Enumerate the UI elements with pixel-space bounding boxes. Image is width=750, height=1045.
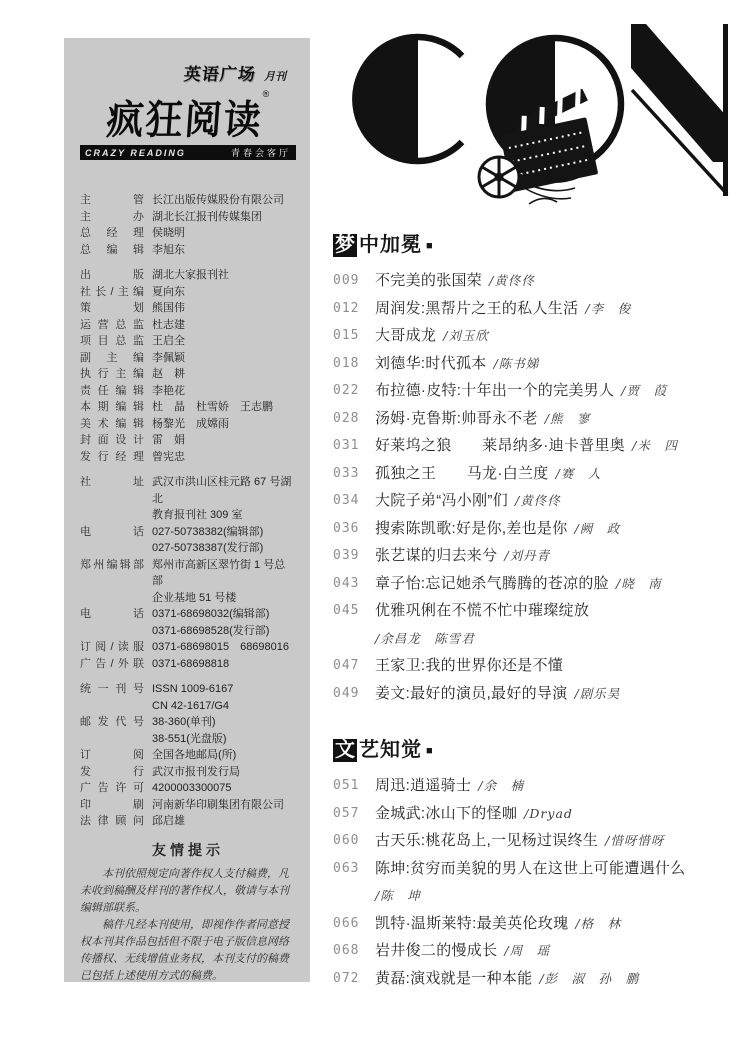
page-number: 009 xyxy=(333,267,375,295)
article-author: /余昌龙 陈雪君 xyxy=(375,631,475,646)
article-author: /李 俊 xyxy=(585,301,631,316)
article-entry: 072 黄磊:演戏就是一种本能/彭 淑 孙 鹏 xyxy=(333,965,733,993)
article-entry: 068 岩井俊二的慢成长/周 瑶 xyxy=(333,937,733,965)
masthead-row: 出版 湖北大家报刊社 xyxy=(80,267,296,284)
masthead-value: 赵 耕 xyxy=(152,366,296,383)
article-title-author: 不完美的张国荣/黄佟佟 xyxy=(375,267,733,295)
article-title-author: 优雅巩俐在不慌不忙中璀璨绽放/余昌龙 陈雪君 xyxy=(375,597,733,652)
masthead-row: 统一刊号 ISSN 1009-6167 CN 42-1617/G4 xyxy=(80,681,296,714)
article-entry: 043 章子怡:忘记她杀气腾腾的苍凉的脸/晓 南 xyxy=(333,570,733,598)
section-marker-icon: ■ xyxy=(426,745,433,757)
masthead-label: 邮发代号 xyxy=(80,714,144,747)
article-entry: 031 好莱坞之狼 莱昂纳多·迪卡普里奥/米 四 xyxy=(333,432,733,460)
section-title-boxed-char: 文 xyxy=(333,739,357,762)
article-entry: 051 周迅:逍遥骑士/余 楠 xyxy=(333,772,733,800)
article-entry: 009 不完美的张国荣/黄佟佟 xyxy=(333,267,733,295)
article-title-author: 凯特·温斯莱特:最美英伦玫瑰/格 林 xyxy=(375,910,733,938)
article-entry: 028 汤姆·克鲁斯:帅哥永不老/熊 寥 xyxy=(333,405,733,433)
masthead-row: 总经理 侯晓明 xyxy=(80,225,296,242)
article-list: 009 不完美的张国荣/黄佟佟 012 周润发:黑帮片之王的私人生活/李 俊 0… xyxy=(333,267,733,707)
masthead-value: 武汉市洪山区桂元路 67 号湖北 教育报刊社 309 室 xyxy=(152,474,296,524)
article-author: /刘玉欣 xyxy=(443,328,489,343)
article-author: /惜呀惜呀 xyxy=(605,833,664,848)
masthead-row: 邮发代号 38-360(单刊) 38-551(光盘版) xyxy=(80,714,296,747)
masthead-row: 执行主编 赵 耕 xyxy=(80,366,296,383)
masthead-value: 杜 晶 杜雪娇 王志鹏 xyxy=(152,399,296,416)
article-title-author: 布拉德·皮特:十年出一个的完美男人/贾 葭 xyxy=(375,377,733,405)
article-entry: 060 古天乐:桃花岛上,一见杨过误终生/惜呀惜呀 xyxy=(333,827,733,855)
page-number: 072 xyxy=(333,965,375,993)
page-number: 051 xyxy=(333,772,375,800)
masthead-label: 印刷 xyxy=(80,797,144,814)
article-author: /Dryad xyxy=(524,806,573,821)
masthead-row: 发行经理 曾宪忠 xyxy=(80,449,296,466)
masthead-label: 执行主编 xyxy=(80,366,144,383)
article-author: /陈 坤 xyxy=(375,888,421,903)
notice-paragraph: 本刊依照规定向著作权人支付稿费，凡未收到稿酬及样刊的著作权人，敬请与本刊编辑部联… xyxy=(80,865,296,916)
page-number: 060 xyxy=(333,827,375,855)
section-header: 文艺知觉■ xyxy=(333,733,733,762)
page-number: 034 xyxy=(333,487,375,515)
masthead-label: 发行经理 xyxy=(80,449,144,466)
masthead-label: 责任编辑 xyxy=(80,383,144,400)
masthead-row: 电话 0371-68698032(编辑部) 0371-68698528(发行部) xyxy=(80,606,296,639)
article-entry: 045 优雅巩俐在不慌不忙中璀璨绽放/余昌龙 陈雪君 xyxy=(333,597,733,652)
section-header: 梦中加冕■ xyxy=(333,228,733,257)
masthead-row: 广告/外联 0371-68698818 xyxy=(80,656,296,673)
masthead-row: 封面设计 雷 娟 xyxy=(80,432,296,449)
masthead-label: 电话 xyxy=(80,606,144,639)
masthead-label: 广告许可 xyxy=(80,780,144,797)
notice-block: 友情提示 本刊依照规定向著作权人支付稿费，凡未收到稿酬及样刊的著作权人，敬请与本… xyxy=(80,840,296,983)
page-number: 068 xyxy=(333,937,375,965)
contents-wordmark-art xyxy=(333,14,733,206)
masthead-row: 发行 武汉市报刊发行局 xyxy=(80,764,296,781)
masthead-value: 夏向东 xyxy=(152,284,296,301)
con-letters-graphic xyxy=(333,14,733,206)
article-author: /格 林 xyxy=(575,916,621,931)
masthead-sidebar: 英语广场 月刊 疯狂阅读® CRAZY READING 青春会客厅 主管 长江出… xyxy=(64,38,310,982)
edition-badge-row: 英语广场 月刊 xyxy=(80,60,296,85)
article-title-author: 黄磊:演戏就是一种本能/彭 淑 孙 鹏 xyxy=(375,965,733,993)
magazine-contents-page: 英语广场 月刊 疯狂阅读® CRAZY READING 青春会客厅 主管 长江出… xyxy=(0,0,750,1045)
masthead-label: 社址 xyxy=(80,474,144,524)
page-number: 012 xyxy=(333,295,375,323)
article-author: /熊 寥 xyxy=(545,411,591,426)
masthead-row: 广告许可 4200003300075 xyxy=(80,780,296,797)
masthead-row: 社长/主编 夏向东 xyxy=(80,284,296,301)
page-number: 043 xyxy=(333,570,375,598)
article-author: /黄佟佟 xyxy=(515,493,561,508)
page-number: 018 xyxy=(333,350,375,378)
section-title: 中加冕 xyxy=(359,234,422,256)
page-number: 039 xyxy=(333,542,375,570)
masthead-group: 出版 湖北大家报刊社 社长/主编 夏向东 策划 熊国伟 运营总监 杜志建 项目总… xyxy=(80,267,296,465)
article-author: /周 瑶 xyxy=(504,943,550,958)
logo-wordmark: 疯狂阅读 xyxy=(105,87,265,145)
masthead-value: 0371-68698015 68698016 xyxy=(152,639,296,656)
masthead-label: 本期编辑 xyxy=(80,399,144,416)
masthead-value: 李艳花 xyxy=(152,383,296,400)
article-author: /晓 南 xyxy=(616,576,662,591)
page-number: 022 xyxy=(333,377,375,405)
page-number: 066 xyxy=(333,910,375,938)
masthead-row: 策划 熊国伟 xyxy=(80,300,296,317)
article-entry: 033 孤独之王 马龙·白兰度/赛 人 xyxy=(333,460,733,488)
page-number: 049 xyxy=(333,680,375,708)
masthead-value: 长江出版传媒股份有限公司 xyxy=(152,192,296,209)
masthead-row: 项目总监 王启全 xyxy=(80,333,296,350)
masthead-label: 社长/主编 xyxy=(80,284,144,301)
article-author: /黄佟佟 xyxy=(489,273,535,288)
masthead-row: 电话 027-50738382(编辑部) 027-50738387(发行部) xyxy=(80,524,296,557)
article-title-author: 孤独之王 马龙·白兰度/赛 人 xyxy=(375,460,733,488)
masthead-label: 广告/外联 xyxy=(80,656,144,673)
article-entry: 066 凯特·温斯莱特:最美英伦玫瑰/格 林 xyxy=(333,910,733,938)
masthead-label: 运营总监 xyxy=(80,317,144,334)
masthead-row: 总编辑 李旭东 xyxy=(80,242,296,259)
article-title-author: 岩井俊二的慢成长/周 瑶 xyxy=(375,937,733,965)
notice-paragraphs: 本刊依照规定向著作权人支付稿费，凡未收到稿酬及样刊的著作权人，敬请与本刊编辑部联… xyxy=(80,865,296,983)
masthead-value: 027-50738382(编辑部) 027-50738387(发行部) xyxy=(152,524,296,557)
masthead-value: 李旭东 xyxy=(152,242,296,259)
article-title-author: 刘德华:时代孤本/陈书娣 xyxy=(375,350,733,378)
article-entry: 034 大院子弟“冯小刚”们/黄佟佟 xyxy=(333,487,733,515)
article-title-author: 好莱坞之狼 莱昂纳多·迪卡普里奥/米 四 xyxy=(375,432,733,460)
masthead-row: 本期编辑 杜 晶 杜雪娇 王志鹏 xyxy=(80,399,296,416)
masthead-label: 主管 xyxy=(80,192,144,209)
masthead-row: 法律顾问 邱启雄 xyxy=(80,813,296,830)
page-number: 063 xyxy=(333,855,375,910)
article-author: /米 四 xyxy=(632,438,678,453)
logo-english-name: CRAZY READING xyxy=(85,148,186,158)
article-author: /余 楠 xyxy=(478,778,524,793)
masthead-label: 美术编辑 xyxy=(80,416,144,433)
masthead-row: 主办 湖北长江报刊传媒集团 xyxy=(80,209,296,226)
masthead-value: 李佩颖 xyxy=(152,350,296,367)
masthead-value: 0371-68698818 xyxy=(152,656,296,673)
masthead-value: 郑州市高新区翠竹街 1 号总部 企业基地 51 号楼 xyxy=(152,557,296,607)
letter-c xyxy=(355,37,462,161)
masthead-value: 4200003300075 xyxy=(152,780,296,797)
masthead-row: 订阅/读服 0371-68698015 68698016 xyxy=(80,639,296,656)
masthead-label: 项目总监 xyxy=(80,333,144,350)
article-entry: 012 周润发:黑帮片之王的私人生活/李 俊 xyxy=(333,295,733,323)
masthead-row: 郑州编辑部 郑州市高新区翠竹街 1 号总部 企业基地 51 号楼 xyxy=(80,557,296,607)
article-title-author: 搜索陈凯歌:好是你,差也是你/阙 政 xyxy=(375,515,733,543)
masthead-value: ISSN 1009-6167 CN 42-1617/G4 xyxy=(152,681,296,714)
page-number: 057 xyxy=(333,800,375,828)
masthead-row: 美术编辑 杨黎光 成嫦雨 xyxy=(80,416,296,433)
article-title-author: 金城武:冰山下的怪咖/Dryad xyxy=(375,800,733,828)
masthead-label: 副主编 xyxy=(80,350,144,367)
masthead-label: 总经理 xyxy=(80,225,144,242)
notice-paragraph: 稿件凡经本刊使用，即视作作者同意授权本刊其作品包括但不限于电子版信息网络传播权、… xyxy=(80,916,296,983)
article-title-author: 王家卫:我的世界你还是不懂 xyxy=(375,652,733,680)
table-of-contents: 梦中加冕■ 009 不完美的张国荣/黄佟佟 012 周润发:黑帮片之王的私人生活… xyxy=(333,0,733,992)
logo-tagline-bar: CRAZY READING 青春会客厅 xyxy=(80,145,296,160)
masthead-label: 发行 xyxy=(80,764,144,781)
masthead-row: 订阅 全国各地邮局(所) xyxy=(80,747,296,764)
masthead-value: 邱启雄 xyxy=(152,813,296,830)
article-entry: 063 陈坤:贫穷而美貌的男人在这世上可能遭遇什么/陈 坤 xyxy=(333,855,733,910)
masthead-group: 统一刊号 ISSN 1009-6167 CN 42-1617/G4 邮发代号 3… xyxy=(80,681,296,830)
page-number: 031 xyxy=(333,432,375,460)
article-title-author: 姜文:最好的演员,最好的导演/剧乐昊 xyxy=(375,680,733,708)
article-entry: 036 搜索陈凯歌:好是你,差也是你/阙 政 xyxy=(333,515,733,543)
masthead-row: 责任编辑 李艳花 xyxy=(80,383,296,400)
masthead-label: 主办 xyxy=(80,209,144,226)
page-number: 015 xyxy=(333,322,375,350)
masthead-value: 湖北长江报刊传媒集团 xyxy=(152,209,296,226)
article-entry: 047 王家卫:我的世界你还是不懂 xyxy=(333,652,733,680)
masthead-label: 策划 xyxy=(80,300,144,317)
page-number: 045 xyxy=(333,597,375,652)
article-title-author: 陈坤:贫穷而美貌的男人在这世上可能遭遇什么/陈 坤 xyxy=(375,855,733,910)
article-title-author: 汤姆·克鲁斯:帅哥永不老/熊 寥 xyxy=(375,405,733,433)
article-author: /彭 淑 孙 鹏 xyxy=(539,971,639,986)
masthead-value: 侯晓明 xyxy=(152,225,296,242)
article-author: /刘丹青 xyxy=(504,548,550,563)
masthead-group: 社址 武汉市洪山区桂元路 67 号湖北 教育报刊社 309 室 电话 027-5… xyxy=(80,474,296,672)
article-title-author: 大院子弟“冯小刚”们/黄佟佟 xyxy=(375,487,733,515)
article-entry: 022 布拉德·皮特:十年出一个的完美男人/贾 葭 xyxy=(333,377,733,405)
masthead-value: 全国各地邮局(所) xyxy=(152,747,296,764)
masthead-value: 0371-68698032(编辑部) 0371-68698528(发行部) xyxy=(152,606,296,639)
contents-section: 文艺知觉■ 051 周迅:逍遥骑士/余 楠 057 金城武:冰山下的怪咖/Dry… xyxy=(333,733,733,992)
contents-section: 梦中加冕■ 009 不完美的张国荣/黄佟佟 012 周润发:黑帮片之王的私人生活… xyxy=(333,228,733,707)
page-number: 028 xyxy=(333,405,375,433)
masthead-label: 封面设计 xyxy=(80,432,144,449)
page-number: 036 xyxy=(333,515,375,543)
page-number: 047 xyxy=(333,652,375,680)
masthead-value: 杜志建 xyxy=(152,317,296,334)
letter-n xyxy=(631,24,728,196)
masthead-value: 熊国伟 xyxy=(152,300,296,317)
masthead-value: 王启全 xyxy=(152,333,296,350)
masthead-label: 统一刊号 xyxy=(80,681,144,714)
article-title-author: 章子怡:忘记她杀气腾腾的苍凉的脸/晓 南 xyxy=(375,570,733,598)
masthead-value: 杨黎光 成嫦雨 xyxy=(152,416,296,433)
masthead-row: 运营总监 杜志建 xyxy=(80,317,296,334)
masthead-value: 湖北大家报刊社 xyxy=(152,267,296,284)
masthead-label: 法律顾问 xyxy=(80,813,144,830)
page-number: 033 xyxy=(333,460,375,488)
masthead-label: 出版 xyxy=(80,267,144,284)
section-title-boxed-char: 梦 xyxy=(333,234,357,257)
article-title-author: 古天乐:桃花岛上,一见杨过误终生/惜呀惜呀 xyxy=(375,827,733,855)
article-list: 051 周迅:逍遥骑士/余 楠 057 金城武:冰山下的怪咖/Dryad 060… xyxy=(333,772,733,992)
edition-badge: 英语广场 xyxy=(182,60,257,85)
masthead-group: 主管 长江出版传媒股份有限公司 主办 湖北长江报刊传媒集团 总经理 侯晓明 总编… xyxy=(80,192,296,258)
article-title-author: 大哥成龙/刘玉欣 xyxy=(375,322,733,350)
section-title: 艺知觉 xyxy=(359,739,422,761)
masthead-value: 河南新华印刷集团有限公司 xyxy=(152,797,296,814)
masthead-row: 社址 武汉市洪山区桂元路 67 号湖北 教育报刊社 309 室 xyxy=(80,474,296,524)
masthead-list: 主管 长江出版传媒股份有限公司 主办 湖北长江报刊传媒集团 总经理 侯晓明 总编… xyxy=(80,192,296,830)
logo-subtitle: 青春会客厅 xyxy=(231,146,291,159)
masthead-row: 副主编 李佩颖 xyxy=(80,350,296,367)
masthead-label: 电话 xyxy=(80,524,144,557)
magazine-logo: 英语广场 月刊 疯狂阅读® CRAZY READING 青春会客厅 xyxy=(80,60,296,178)
masthead-label: 郑州编辑部 xyxy=(80,557,144,607)
article-entry: 039 张艺谋的归去来兮/刘丹青 xyxy=(333,542,733,570)
film-reel-icon xyxy=(479,157,519,197)
article-title-author: 周润发:黑帮片之王的私人生活/李 俊 xyxy=(375,295,733,323)
article-title-author: 张艺谋的归去来兮/刘丹青 xyxy=(375,542,733,570)
logo-title-row: 疯狂阅读® xyxy=(80,89,296,143)
article-entry: 018 刘德华:时代孤本/陈书娣 xyxy=(333,350,733,378)
article-title-author: 周迅:逍遥骑士/余 楠 xyxy=(375,772,733,800)
article-entry: 057 金城武:冰山下的怪咖/Dryad xyxy=(333,800,733,828)
masthead-value: 雷 娟 xyxy=(152,432,296,449)
masthead-value: 38-360(单刊) 38-551(光盘版) xyxy=(152,714,296,747)
contents-sections: 梦中加冕■ 009 不完美的张国荣/黄佟佟 012 周润发:黑帮片之王的私人生活… xyxy=(333,228,733,992)
masthead-row: 主管 长江出版传媒股份有限公司 xyxy=(80,192,296,209)
masthead-value: 武汉市报刊发行局 xyxy=(152,764,296,781)
article-author: /贾 葭 xyxy=(621,383,667,398)
masthead-label: 订阅 xyxy=(80,747,144,764)
section-marker-icon: ■ xyxy=(426,240,433,252)
masthead-label: 订阅/读服 xyxy=(80,639,144,656)
edition-badge-suffix: 月刊 xyxy=(264,71,286,83)
masthead-value: 曾宪忠 xyxy=(152,449,296,466)
article-author: /陈书娣 xyxy=(494,356,540,371)
masthead-label: 总编辑 xyxy=(80,242,144,259)
notice-title: 友情提示 xyxy=(80,840,296,860)
article-author: /赛 人 xyxy=(556,466,602,481)
article-entry: 049 姜文:最好的演员,最好的导演/剧乐昊 xyxy=(333,680,733,708)
masthead-row: 印刷 河南新华印刷集团有限公司 xyxy=(80,797,296,814)
article-author: /剧乐昊 xyxy=(575,686,621,701)
article-entry: 015 大哥成龙/刘玉欣 xyxy=(333,322,733,350)
article-author: /阙 政 xyxy=(575,521,621,536)
